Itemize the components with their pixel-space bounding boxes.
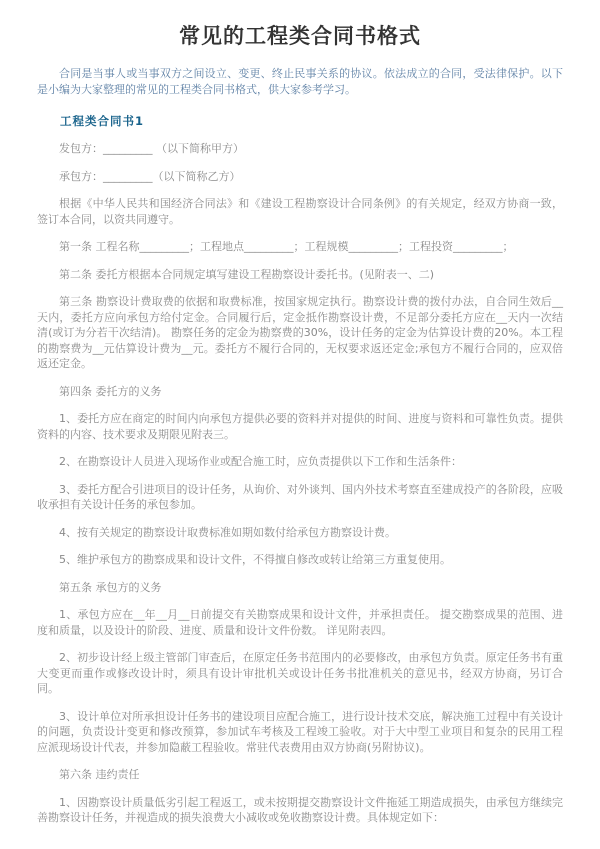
- clause-4-item-3: 3、委托方配合引进项目的设计任务，从询价、对外谈判、国内外技术考察直至建成投产的…: [37, 482, 563, 513]
- clause-2: 第二条 委托方根据本合同规定填写建设工程勘察设计委托书。(见附表一、二): [37, 267, 563, 283]
- page-title: 常见的工程类合同书格式: [37, 20, 563, 50]
- clause-4-heading: 第四条 委托方的义务: [37, 384, 563, 400]
- clause-4-item-4: 4、按有关规定的勘察设计取费标准如期如数付给承包方勘察设计费。: [37, 525, 563, 541]
- party-b-line: 承包方：_________（以下简称乙方）: [37, 169, 563, 185]
- clause-6-item-1: 1、因勘察设计质量低劣引起工程返工，或未按期提交勘察设计文件拖延工期造成损失，由…: [37, 795, 563, 826]
- clause-5-item-3: 3、设计单位对所承担设计任务书的建设项目应配合施工，进行设计技术交底，解决施工过…: [37, 709, 563, 756]
- legal-basis-paragraph: 根据《中华人民共和国经济合同法》和《建设工程勘察设计合同条例》的有关规定，经双方…: [37, 196, 563, 227]
- intro-paragraph: 合同是当事人或当事双方之间设立、变更、终止民事关系的协议。依法成立的合同，受法律…: [37, 66, 563, 97]
- clause-5-item-2: 2、初步设计经上级主管部门审查后，在原定任务书范围内的必要修改，由承包方负责。原…: [37, 650, 563, 697]
- clause-1: 第一条 工程名称_________；工程地点_________；工程规模____…: [37, 239, 563, 255]
- contract-subtitle: 工程类合同书1: [37, 113, 563, 129]
- clause-5-item-1: 1、承包方应在__年__月__日前提交有关勘察成果和设计文件，并承担责任。 提交…: [37, 607, 563, 638]
- clause-4-item-1: 1、委托方应在商定的时间内向承包方提供必要的资料并对提供的时间、进度与资料和可靠…: [37, 411, 563, 442]
- clause-3: 第三条 勘察设计费取费的依据和取费标准，按国家规定执行。勘察设计费的拨付办法，自…: [37, 294, 563, 372]
- clause-4-item-5: 5、维护承包方的勘察成果和设计文件，不得擅自修改或转让给第三方重复使用。: [37, 552, 563, 568]
- party-a-line: 发包方：_________ （以下简称甲方）: [37, 141, 563, 157]
- document-page: 常见的工程类合同书格式 合同是当事人或当事双方之间设立、变更、终止民事关系的协议…: [0, 0, 600, 826]
- clause-5-heading: 第五条 承包方的义务: [37, 580, 563, 596]
- clause-6-heading: 第六条 违约责任: [37, 767, 563, 783]
- clause-4-item-2: 2、在勘察设计人员进入现场作业或配合施工时，应负责提供以下工作和生活条件：: [37, 454, 563, 470]
